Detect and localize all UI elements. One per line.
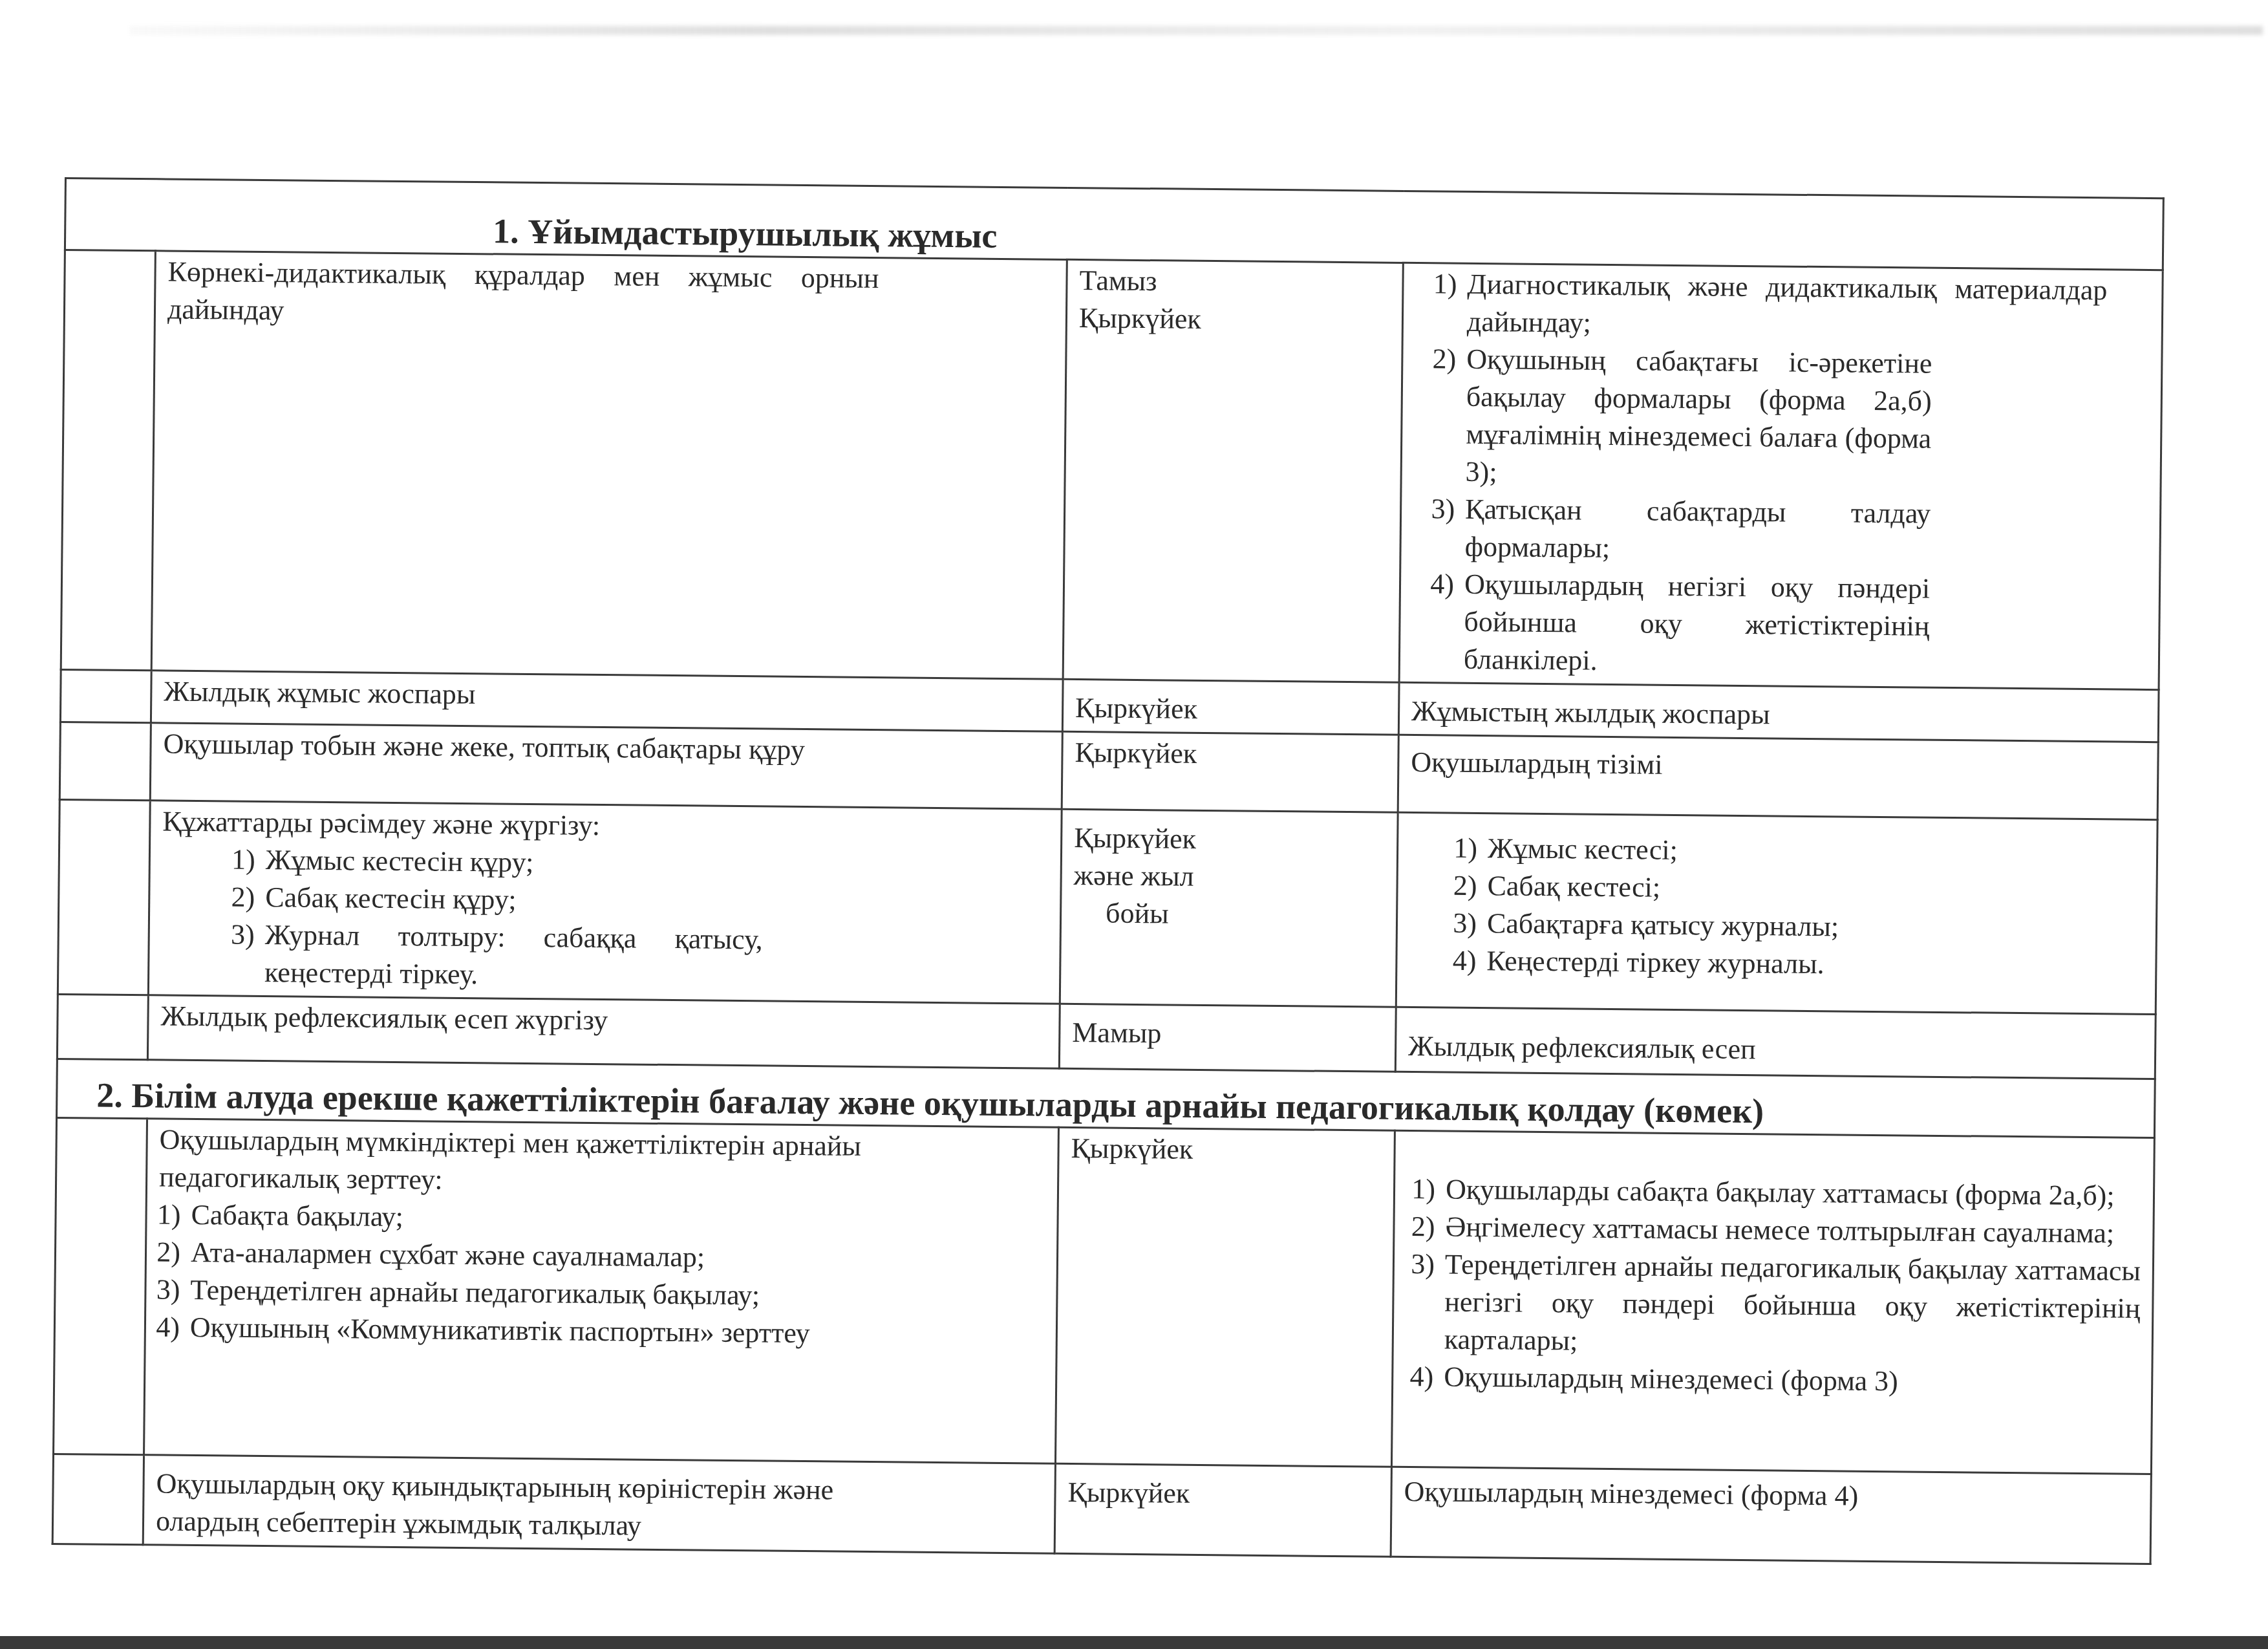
row-number-cell: [59, 722, 151, 800]
activity-cell: Көрнекі-дидактикалық құралдар мен жұмыс …: [151, 251, 1067, 680]
list-item: 4)Оқушының «Коммуникативтік паспортын» з…: [138, 1308, 876, 1353]
table-row: Оқушылардың мүмкіндіктері мен қажеттілік…: [54, 1117, 2155, 1474]
list-item: 1)Диагностикалық және дидактикалық матер…: [1415, 265, 2108, 347]
timing-line: Мамыр: [1072, 1014, 1384, 1055]
row-number-cell: [60, 669, 151, 722]
activity-cell: Оқушылардың оқу қиындықтарының көріністе…: [143, 1455, 1055, 1554]
timing-cell: Қыркүйек және жыл бойы: [1060, 809, 1398, 1007]
list-item: 2)Ата-аналармен сұхбат және сауалнамалар…: [139, 1233, 877, 1278]
timing-cell: Қыркүйек: [1062, 731, 1398, 812]
list-item: 2)Оқушының сабақтағы іс-әрекетіне бақыла…: [1413, 340, 1932, 495]
result-text: Оқушылардың тізімі: [1411, 744, 2146, 788]
list-item: 4)Кеңестерді тіркеу журналы.: [1435, 942, 2144, 986]
activity-cell: Жылдық рефлексиялық есеп жүргізу: [147, 995, 1060, 1069]
activity-cell: Жылдық жұмыс жоспары: [151, 671, 1063, 732]
result-list: 1)Жұмыс кестесі; 2)Сабақ кестесі; 3)Саба…: [1409, 829, 2145, 986]
timing-line: Қыркүйек: [1071, 1130, 1382, 1170]
list-item: 3)Журнал толтыру: сабаққа қатысу, кеңест…: [213, 916, 763, 996]
list-item: 4)Оқушылардың мінездемесі (форма 3): [1392, 1358, 2140, 1403]
timing-cell: Тамыз Қыркүйек: [1063, 259, 1403, 682]
activity-text: Жылдық рефлексиялық есеп жүргізу: [160, 997, 1047, 1043]
result-cell: 1)Диагностикалық және дидактикалық матер…: [1399, 263, 2163, 689]
timing-cell: Қыркүйек: [1062, 679, 1399, 735]
activity-text: Көрнекі-дидактикалық құралдар мен жұмыс …: [167, 253, 879, 336]
result-cell: Жұмыстың жылдық жоспары: [1398, 682, 2159, 742]
list-item: 1)Жұмыс кестесі;: [1436, 829, 2145, 874]
scan-artifact-top: [129, 26, 2263, 35]
activity-list: 1)Сабақта бақылау; 2)Ата-аналармен сұхба…: [138, 1196, 877, 1353]
list-item: 3)Қатысқан сабақтарды талдау формалары;: [1413, 490, 1931, 570]
result-text: Жылдық рефлексиялық есеп: [1408, 1028, 2143, 1072]
activity-text: Жылдық жұмыс жоспары: [164, 673, 1050, 719]
table-row: Құжаттарды рәсімдеу және жүргізу: 1)Жұмы…: [58, 799, 2157, 1014]
timing-line: Қыркүйек: [1067, 1474, 1379, 1514]
timing-line: Қыркүйек: [1075, 734, 1386, 775]
row-number-cell: [61, 250, 155, 671]
timing-line: бойы: [1073, 894, 1385, 935]
timing-line: Қыркүйек: [1075, 689, 1387, 730]
timing-cell: Қыркүйек: [1054, 1463, 1391, 1557]
row-number-cell: [57, 994, 148, 1059]
result-cell: 1)Оқушыларды сабақта бақылау хаттамасы (…: [1391, 1130, 2154, 1474]
timing-line: Қыркүйек: [1074, 819, 1385, 860]
list-item: 3)Тереңдетілген арнайы педагогикалық бақ…: [1393, 1245, 2141, 1365]
result-cell: Жылдық рефлексиялық есеп: [1395, 1007, 2156, 1079]
timing-cell: Мамыр: [1059, 1004, 1396, 1072]
scan-artifact-bottom: [0, 1636, 2268, 1649]
list-item: 1)Сабақта бақылау;: [139, 1196, 877, 1240]
timing-cell: Қыркүйек: [1055, 1127, 1395, 1467]
list-item: 3)Сабақтарға қатысу журналы;: [1435, 904, 2145, 949]
result-cell: 1)Жұмыс кестесі; 2)Сабақ кестесі; 3)Саба…: [1396, 812, 2157, 1014]
row-number-cell: [52, 1454, 144, 1544]
timing-line: Қыркүйек: [1079, 299, 1391, 340]
activity-text: Оқушылар тобын және жеке, топтық сабақта…: [163, 726, 823, 770]
timing-line: және жыл: [1073, 857, 1385, 898]
activity-cell: Құжаттарды рәсімдеу және жүргізу: 1)Жұмы…: [148, 801, 1062, 1004]
document-page: 1. Ұйымдастырушылық жұмыс Көрнекі-дидакт…: [52, 177, 2163, 1565]
result-list: 1)Оқушыларды сабақта бақылау хаттамасы (…: [1392, 1170, 2141, 1403]
activity-cell: Оқушылар тобын және жеке, топтық сабақта…: [150, 723, 1062, 810]
work-plan-table: 1. Ұйымдастырушылық жұмыс Көрнекі-дидакт…: [52, 177, 2165, 1565]
row-number-cell: [58, 799, 150, 995]
result-cell: Оқушылардың тізімі: [1398, 735, 2158, 819]
list-item: 4)Оқушылардың негізгі оқу пәндері бойынш…: [1412, 565, 1931, 683]
timing-line: Тамыз: [1079, 262, 1391, 303]
row-number-cell: [54, 1117, 147, 1454]
table-row: Оқушылардың оқу қиындықтарының көріністе…: [52, 1454, 2151, 1564]
result-cell: Оқушылардың мінездемесі (форма 4): [1391, 1467, 2151, 1564]
table-row: Көрнекі-дидактикалық құралдар мен жұмыс …: [61, 250, 2163, 690]
activity-text: Оқушылардың мүмкіндіктері мен қажеттілік…: [159, 1121, 884, 1203]
result-list: 1)Диагностикалық және дидактикалық матер…: [1412, 265, 2150, 685]
result-text: Оқушылардың мінездемесі (форма 4): [1404, 1473, 2139, 1518]
activity-cell: Оқушылардың мүмкіндіктері мен қажеттілік…: [144, 1119, 1059, 1464]
activity-list: 1)Жұмыс кестесін құру; 2)Сабақ кестесін …: [161, 840, 1049, 998]
list-item: 2)Сабақ кестесі;: [1435, 867, 2145, 911]
list-item: 3)Тереңдетілген арнайы педагогикалық бақ…: [138, 1271, 876, 1315]
result-text: Жұмыстың жылдық жоспары: [1411, 693, 2146, 737]
activity-text: Оқушылардың оқу қиындықтарының көріністе…: [156, 1465, 932, 1547]
